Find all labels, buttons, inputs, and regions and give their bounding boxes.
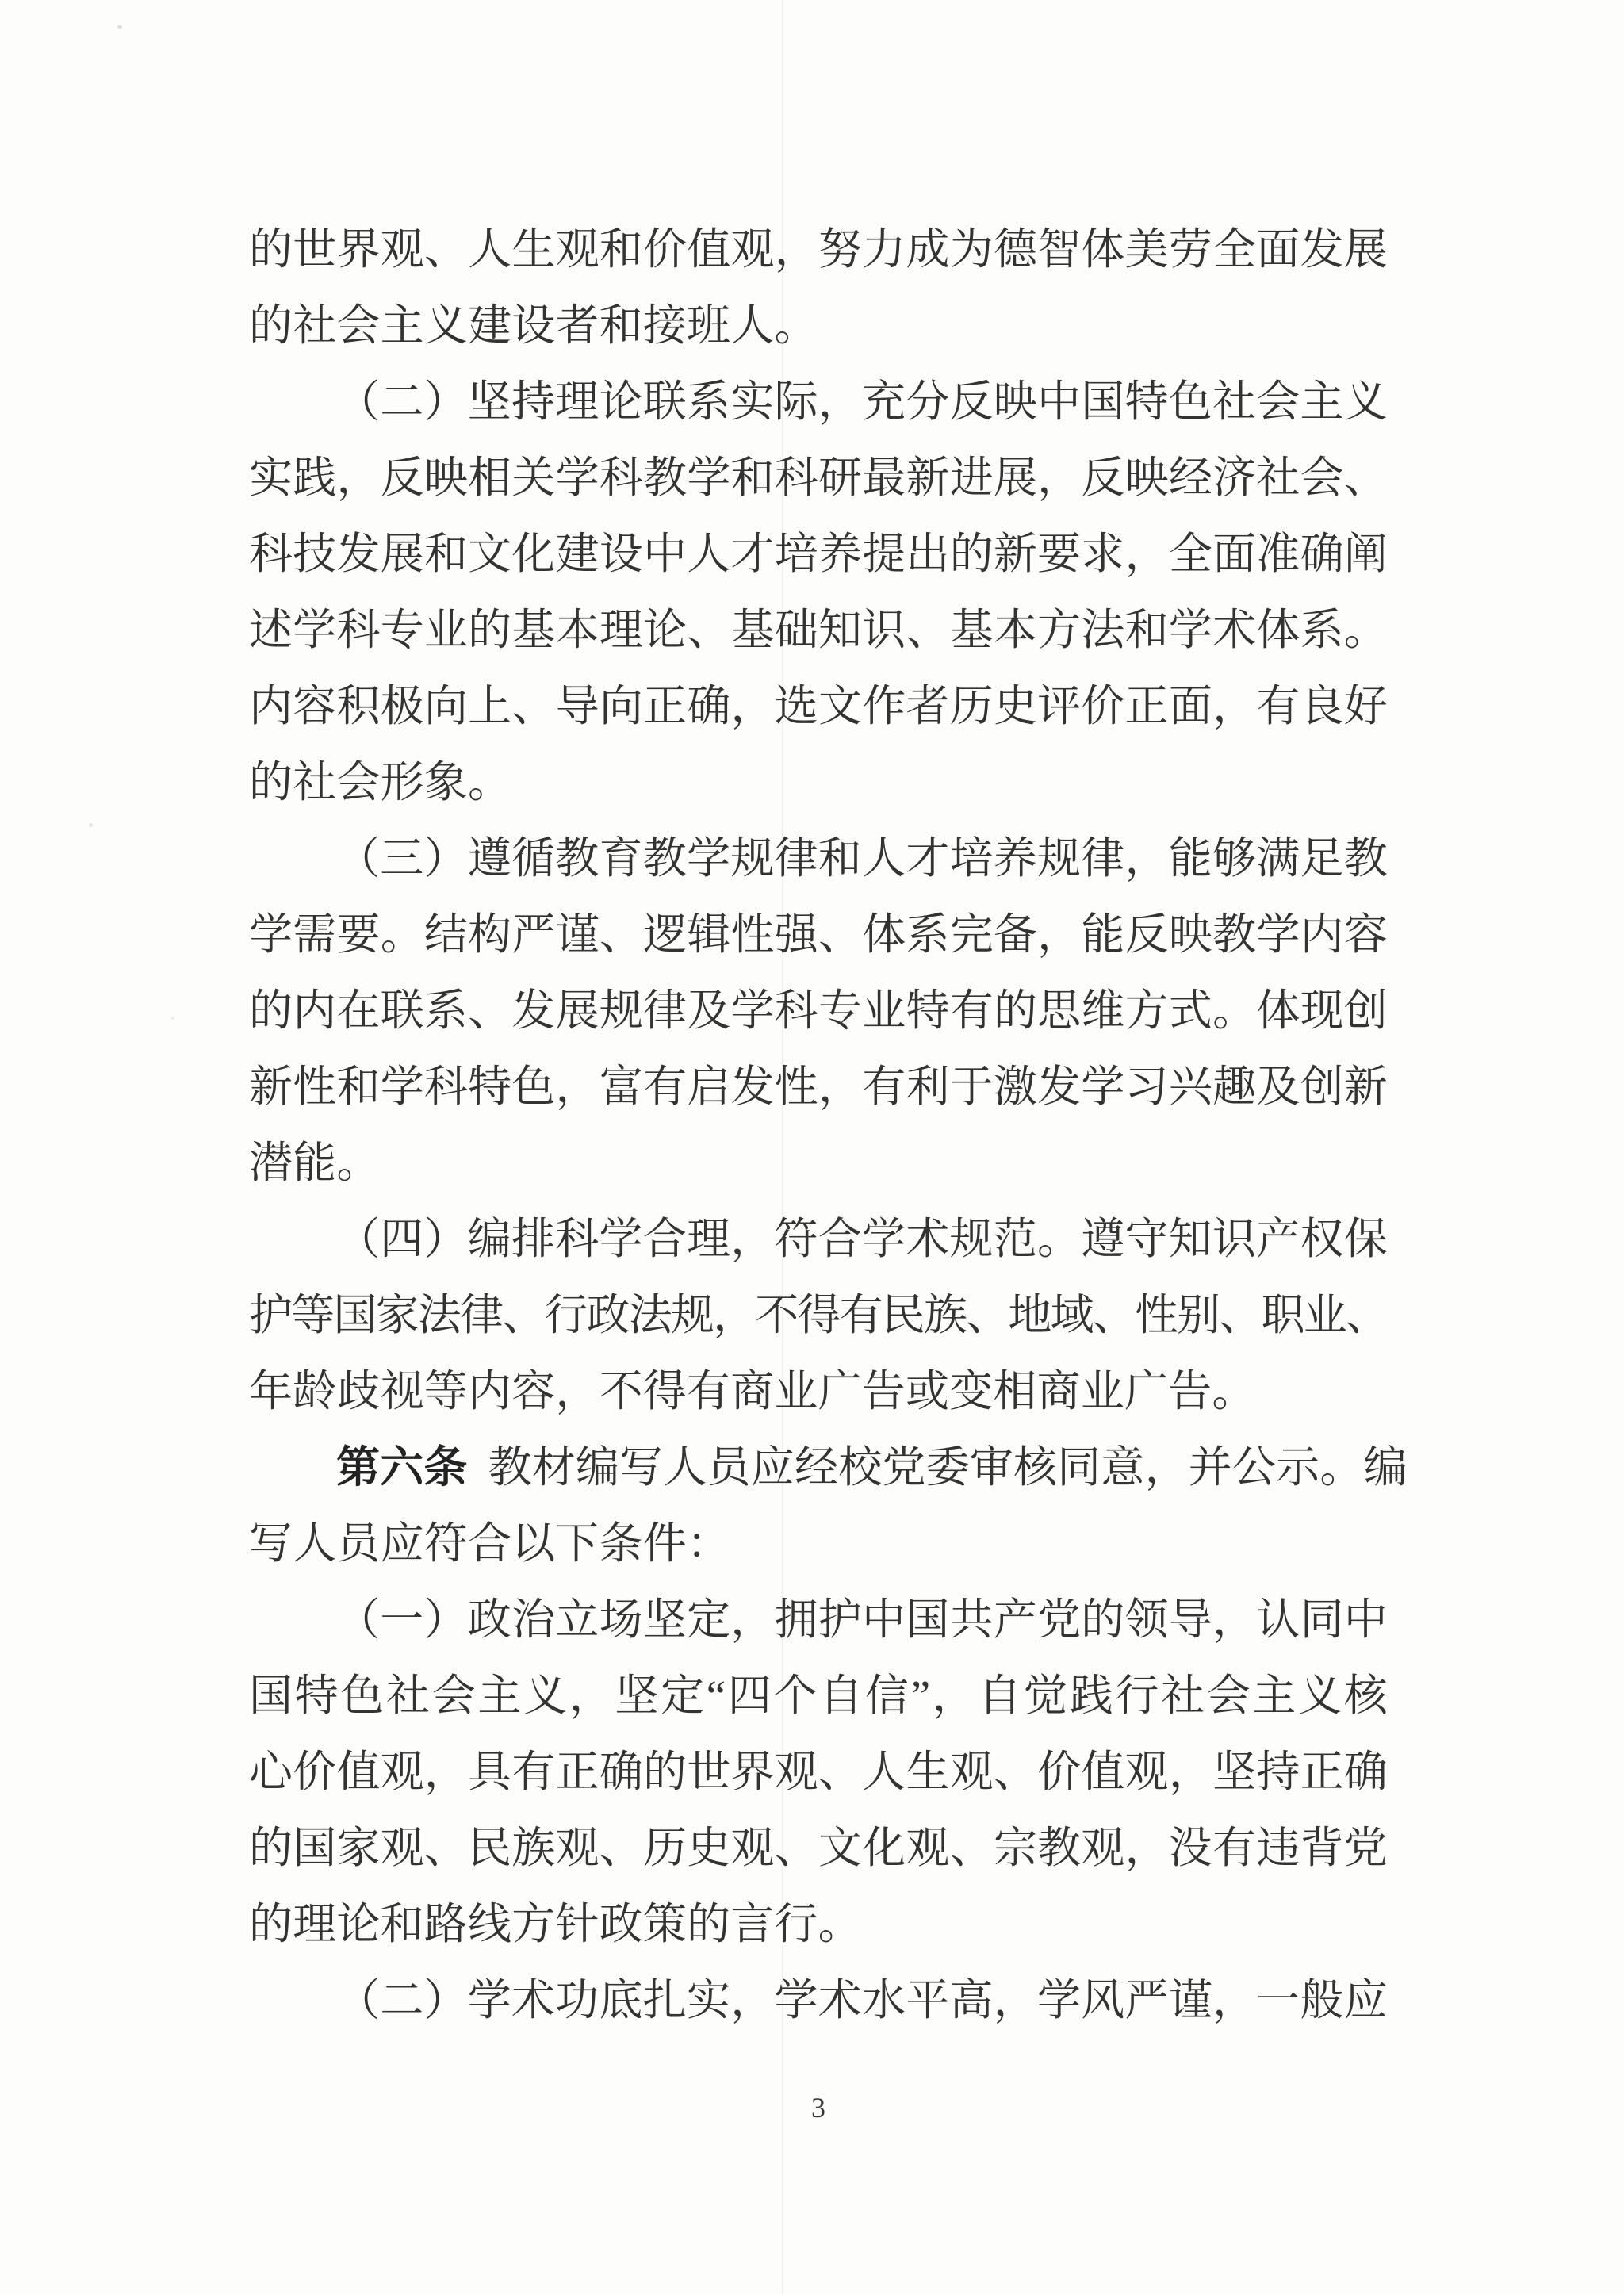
document-body: 的世界观、人生观和价值观，努力成为德智体美劳全面发展 的社会主义建设者和接班人。…: [249, 212, 1388, 2039]
text-line: （三）遵循教育教学规律和人才培养规律，能够满足教: [249, 821, 1388, 897]
article-number: 第六条: [336, 1443, 468, 1492]
scan-speck: [117, 25, 122, 29]
text-line: 年龄歧视等内容，不得有商业广告或变相商业广告。: [249, 1354, 1388, 1430]
scan-speck: [171, 1017, 174, 1020]
text-line: 的理论和路线方针政策的言行。: [249, 1886, 1388, 1963]
text-line: 科技发展和文化建设中人才培养提出的新要求，全面准确阐: [249, 516, 1388, 592]
scan-speck: [89, 823, 93, 827]
text-line: 的国家观、民族观、历史观、文化观、宗教观，没有违背党: [249, 1810, 1388, 1886]
text-line: 述学科专业的基本理论、基础知识、基本方法和学术体系。: [249, 592, 1388, 668]
text-line: 心价值观，具有正确的世界观、人生观、价值观，坚持正确: [249, 1734, 1388, 1810]
text-line: 内容积极向上、导向正确，选文作者历史评价正面，有良好: [249, 668, 1388, 745]
text-line: 国特色社会主义，坚定“四个自信”，自觉践行社会主义核: [249, 1658, 1388, 1734]
article-text: 教材编写人员应经校党委审核同意，并公示。编: [488, 1443, 1408, 1492]
text-line: 护等国家法律、行政法规，不得有民族、地域、性别、职业、: [249, 1277, 1388, 1354]
text-line: 第六条教材编写人员应经校党委审核同意，并公示。编: [249, 1430, 1388, 1506]
page-number: 3: [249, 2089, 1388, 2127]
text-line: （二）学术功底扎实，学术水平高，学风严谨，一般应: [249, 1963, 1388, 2039]
text-line: （四）编排科学合理，符合学术规范。遵守知识产权保: [249, 1201, 1388, 1277]
text-line: 的社会主义建设者和接班人。: [249, 288, 1388, 364]
text-line: 写人员应符合以下条件：: [249, 1506, 1388, 1582]
text-line: 学需要。结构严谨、逻辑性强、体系完备，能反映教学内容: [249, 897, 1388, 973]
text-line: （一）政治立场坚定，拥护中国共产党的领导，认同中: [249, 1582, 1388, 1658]
text-line: 潜能。: [249, 1125, 1388, 1201]
text-line: 的世界观、人生观和价值观，努力成为德智体美劳全面发展: [249, 212, 1388, 288]
text-line: 的社会形象。: [249, 745, 1388, 821]
scanned-document-page: 的世界观、人生观和价值观，努力成为德智体美劳全面发展 的社会主义建设者和接班人。…: [0, 0, 1624, 2294]
text-line: 新性和学科特色，富有启发性，有利于激发学习兴趣及创新: [249, 1049, 1388, 1125]
text-line: （二）坚持理论联系实际，充分反映中国特色社会主义: [249, 364, 1388, 440]
text-line: 的内在联系、发展规律及学科专业特有的思维方式。体现创: [249, 973, 1388, 1049]
text-line: 实践，反映相关学科教学和科研最新进展，反映经济社会、: [249, 440, 1388, 516]
